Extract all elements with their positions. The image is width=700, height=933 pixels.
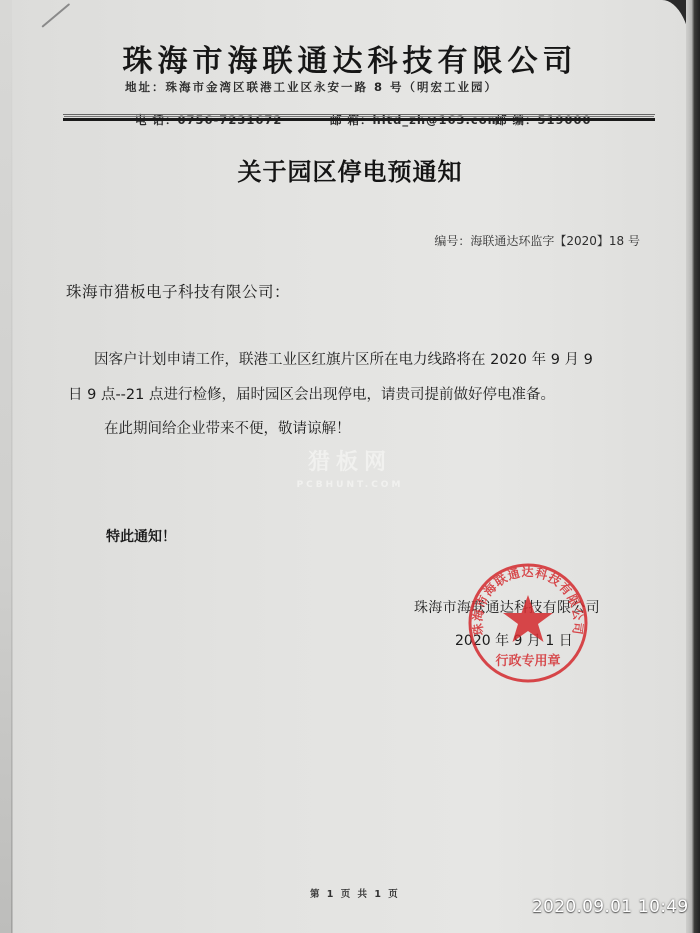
letterhead-divider-thin (63, 114, 655, 115)
watermark: 猎板网 PCBHUNT.COM (280, 445, 420, 490)
page-footer: 第 1 页 共 1 页 (310, 886, 400, 900)
body-paragraph-line-1: 因客户计划申请工作，联港工业区红旗片区所在电力线路将在 2020 年 9 月 9 (94, 350, 593, 370)
letterhead-divider (63, 118, 655, 121)
document-title: 关于园区停电预通知 (150, 152, 550, 187)
watermark-en: PCBHUNT.COM (280, 480, 420, 490)
address-label: 地址： (125, 80, 166, 94)
address-value: 珠海市金湾区联港工业区永安一路 8 号（明宏工业园） (166, 80, 499, 94)
page-edge-shadow (11, 0, 13, 933)
photo-timestamp: 2020.09.01 10:49 (532, 897, 689, 917)
letterhead-address: 地址：珠海市金湾区联港工业区永安一路 8 号（明宏工业园） (125, 79, 498, 95)
watermark-cn: 猎板网 (280, 445, 420, 476)
body-paragraph-line-2: 日 9 点--21 点进行检修，届时园区会出现停电，请贵司提前做好停电准备。 (68, 385, 555, 405)
letterhead-contact: 电 话：0756-7231672邮 箱：hltd_zh@163.com邮 编：5… (125, 98, 592, 128)
seal-icon: 珠海市海联通达科技有限公司 行政专用章 (466, 561, 590, 685)
document-number: 编号：海联通达环监字【2020】18 号 (410, 232, 640, 249)
closing-remark: 特此通知！ (106, 526, 176, 546)
background-shadow (686, 0, 700, 933)
seal-center-text: 行政专用章 (495, 653, 560, 669)
letterhead-company-name: 珠海市海联通达科技有限公司 (100, 36, 600, 80)
official-seal: 珠海市海联通达科技有限公司 行政专用章 (466, 561, 590, 685)
recipient: 珠海市猎板电子科技有限公司： (66, 280, 290, 302)
body-paragraph-apology: 在此期间给企业带来不便，敬请谅解！ (104, 419, 351, 439)
